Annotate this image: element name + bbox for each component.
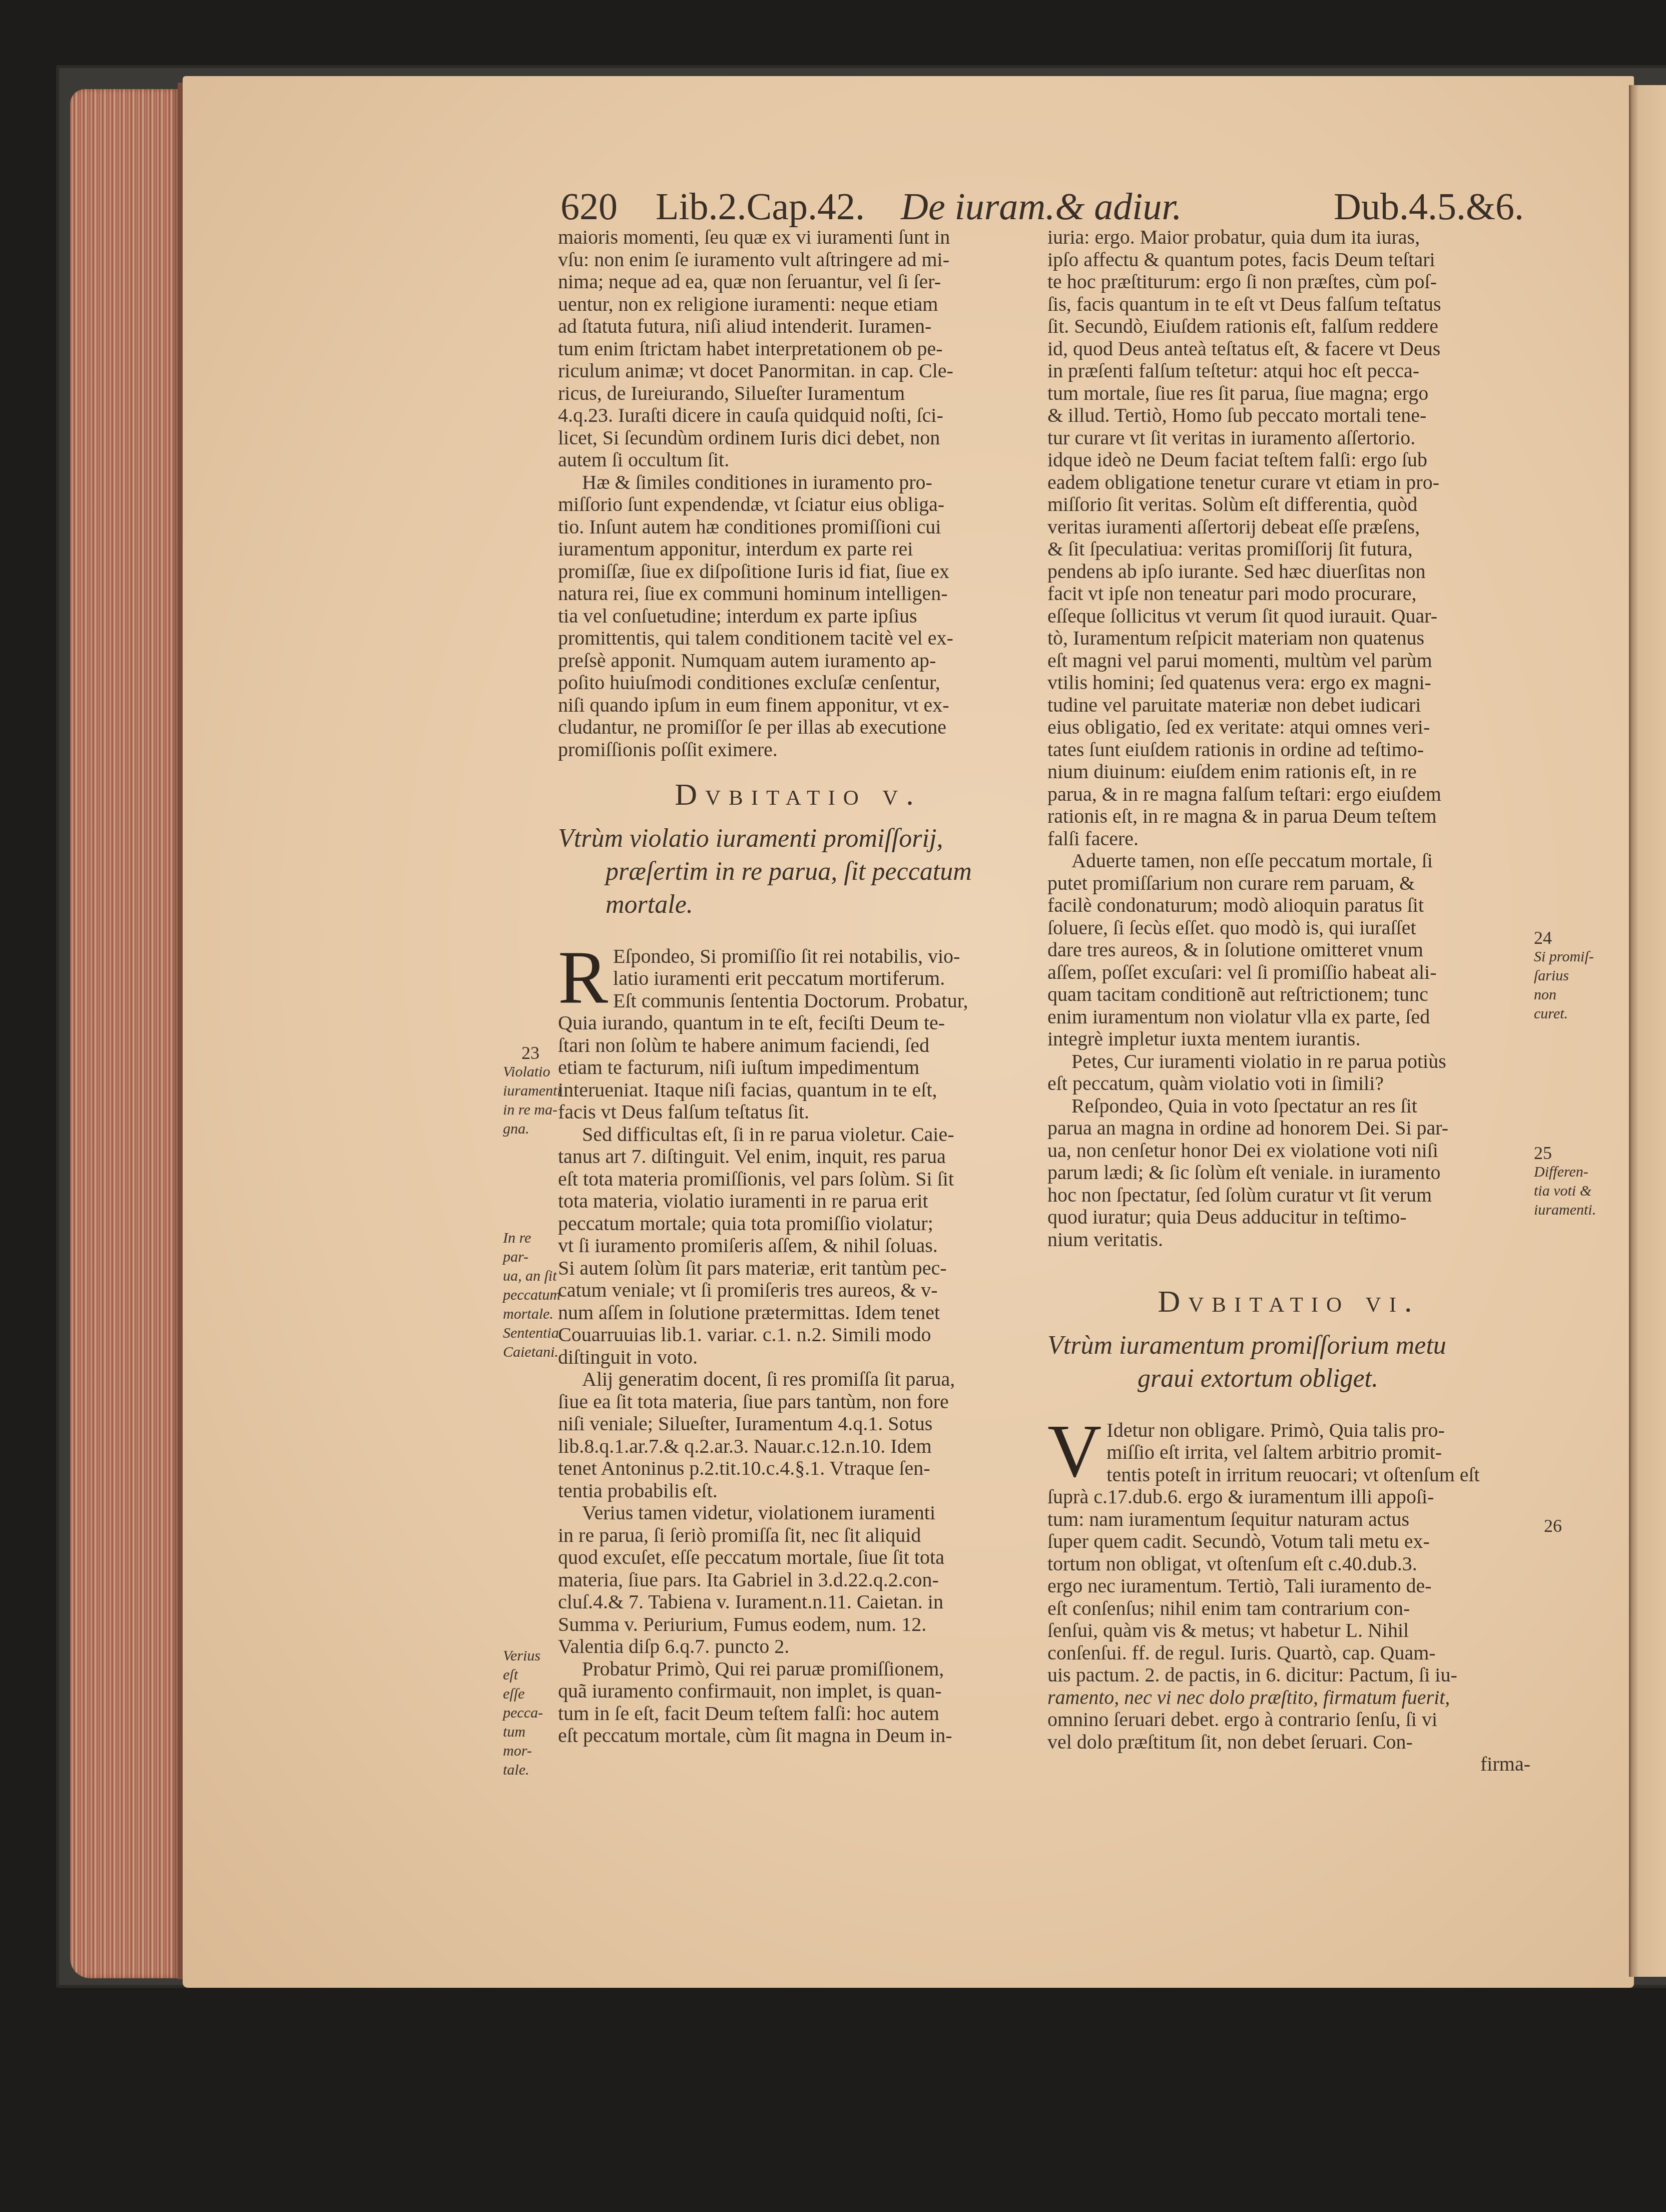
text-line: tia vel conſuetudine; interdum ex parte … bbox=[558, 605, 1038, 628]
text-line: Reſpondeo, Quia in voto ſpectatur an res… bbox=[1047, 1095, 1530, 1118]
text-line: lib.8.q.1.ar.7.& q.2.ar.3. Nauar.c.12.n.… bbox=[558, 1435, 1038, 1458]
margin-line: iuramenti bbox=[503, 1081, 558, 1100]
margin-line: ua, an ſit bbox=[503, 1267, 558, 1286]
text-line: miſſorio ſit veritas. Solùm eſt differen… bbox=[1047, 493, 1530, 516]
section-heading-dubitatio-v: Dvbitatio v. bbox=[558, 784, 1038, 806]
section-heading-dubitatio-vi: Dvbitatio vi. bbox=[1047, 1291, 1530, 1313]
paragraph-aduerte: Aduerte tamen, non eſſe peccatum mortale… bbox=[1047, 850, 1530, 1050]
text-line: Quia iurando, quantum in te eſt, feciſti… bbox=[558, 1012, 1038, 1034]
text-line: Alij generatim docent, ſi res promiſſa ſ… bbox=[558, 1368, 1038, 1391]
text-line: eſſeque ſollicitus vt verum ſit quod iur… bbox=[1047, 605, 1530, 628]
text-line: natura rei, ſiue ex communi hominum inte… bbox=[558, 583, 1038, 605]
text-line: riculum animæ; vt docet Panormitan. in c… bbox=[558, 360, 1038, 382]
text-line: veritas iuramenti aſſertorij debeat eſſe… bbox=[1047, 516, 1530, 538]
margin-line: tale. bbox=[503, 1761, 558, 1780]
book-gutter bbox=[1629, 85, 1666, 1977]
section-question-vi: Vtrùm iuramentum promiſſorium metu graui… bbox=[1047, 1329, 1530, 1395]
text-line: eſt conſenſus; nihil enim tam contrarium… bbox=[1047, 1597, 1530, 1620]
text-line: peccatum mortale; quia tota promiſſio vi… bbox=[558, 1213, 1038, 1235]
margin-line: ſarius non bbox=[1534, 966, 1594, 1004]
text-line: eſt peccatum mortale, cùm ſit magna in D… bbox=[558, 1725, 1038, 1747]
question-line: præſertim in re parua, ſit peccatum bbox=[558, 855, 1038, 888]
paragraph-alij: Alij generatim docent, ſi res promiſſa ſ… bbox=[558, 1368, 1038, 1502]
text-line: tenet Antoninus p.2.tit.10.c.4.§.1. Vtra… bbox=[558, 1457, 1038, 1480]
text-line: latio iuramenti erit peccatum mortiferum… bbox=[558, 967, 1038, 990]
text-line: Valentia diſp 6.q.7. puncto 2. bbox=[558, 1635, 1038, 1658]
text-line: ergo nec iuramentum. Tertiò, Tali iurame… bbox=[1047, 1575, 1530, 1597]
text-line: quod iuratur; quia Deus adducitur in teſ… bbox=[1047, 1206, 1530, 1229]
text-line: facis vt Deus falſum teſtatus ſit. bbox=[558, 1101, 1038, 1124]
text-line: tio. Inſunt autem hæ conditiones promiſſ… bbox=[558, 516, 1038, 538]
question-line: Vtrùm iuramentum promiſſorium metu bbox=[1047, 1329, 1530, 1362]
paragraph-respondeo: Reſpondeo, Quia in voto ſpectatur an res… bbox=[1047, 1095, 1530, 1251]
text-line: idque ideò ne Deum faciat teſtem falſi: … bbox=[1047, 449, 1530, 471]
text-line: ricus, de Iureiurando, Silueſter Iuramen… bbox=[558, 382, 1038, 405]
section-question-v: Vtrùm violatio iuramenti promiſſorij, pr… bbox=[558, 822, 1038, 921]
text-line: ipſo affectu & quantum potes, facis Deum… bbox=[1047, 249, 1530, 271]
text-line: tortum non obligat, vt oſtenſum eſt c.40… bbox=[1047, 1553, 1530, 1575]
text-line: ad ſtatuta futura, niſi aliud intenderit… bbox=[558, 315, 1038, 338]
text-line: Probatur Primò, Qui rei paruæ promiſſion… bbox=[558, 1658, 1038, 1681]
drop-cap: V bbox=[1047, 1421, 1101, 1481]
margin-note-23: 23 Violatio iuramenti in re ma- gna. bbox=[503, 1043, 558, 1139]
margin-line: eſſe pecca- bbox=[503, 1685, 558, 1723]
margin-line: in re ma- bbox=[503, 1100, 558, 1120]
text-line: diſtinguit in voto. bbox=[558, 1346, 1038, 1369]
text-line: uentur, non ex religione iuramenti: nequ… bbox=[558, 293, 1038, 316]
text-line: vt ſi iuramento promiſeris aſſem, & nihi… bbox=[558, 1235, 1038, 1257]
text-line: nima; neque ad ea, quæ non ſeruantur, ve… bbox=[558, 271, 1038, 293]
text-line: nium veritatis. bbox=[1047, 1229, 1530, 1251]
text-line: interueniat. Itaque niſi facias, quantum… bbox=[558, 1079, 1038, 1101]
text-line: materia, ſiue pars. Ita Gabriel in 3.d.2… bbox=[558, 1569, 1038, 1591]
text-line: nium diuinum: eiuſdem enim rationis eſt,… bbox=[1047, 761, 1530, 783]
text-line: cludantur, ne promiſſor ſe per illas ab … bbox=[558, 716, 1038, 739]
text-line: enim iuramentum non violatur vlla ex par… bbox=[1047, 1006, 1530, 1028]
text-line: quam tacitam conditionẽ aut reſtrictione… bbox=[1047, 983, 1530, 1006]
text-line: ſtari non ſolùm te habere animum faciend… bbox=[558, 1034, 1038, 1057]
paragraph-sed: Sed difficultas eſt, ſi in re parua viol… bbox=[558, 1124, 1038, 1369]
text-line: vel dolo præſtitum ſit, non debet ſeruar… bbox=[1047, 1731, 1530, 1754]
text-line: Eſpondeo, Si promiſſio ſit rei notabilis… bbox=[558, 945, 1038, 968]
text-line: Petes, Cur iuramenti violatio in re paru… bbox=[1047, 1050, 1530, 1073]
text-line: conſenſui. ff. de regul. Iuris. Quartò, … bbox=[1047, 1642, 1530, 1665]
running-title: De iuram.& adiur. bbox=[901, 185, 1182, 229]
margin-line: Sententia bbox=[503, 1324, 558, 1343]
margin-line: peccatum bbox=[503, 1286, 558, 1305]
text-line: ſoluere, ſi ſecùs eſſet. quo modò is, qu… bbox=[1047, 917, 1530, 939]
text-line: tum enim ſtrictam habet interpretationem… bbox=[558, 338, 1038, 360]
text-line: eadem obligatione tenetur curare vt etia… bbox=[1047, 471, 1530, 494]
question-line: graui extortum obliget. bbox=[1047, 1362, 1530, 1395]
text-line: Couarruuias lib.1. variar. c.1. n.2. Sim… bbox=[558, 1324, 1038, 1346]
text-line: preſsè apponit. Numquam autem iuramento … bbox=[558, 650, 1038, 672]
margin-note-caietani: In re par- ua, an ſit peccatum mortale. … bbox=[503, 1229, 558, 1362]
text-line: catum veniale; vt ſi promiſeris tres aur… bbox=[558, 1279, 1038, 1302]
text-line: te hoc præſtiturum: ergo ſi non præſtes,… bbox=[1047, 271, 1530, 293]
text-line: tum: nam iuramentum ſequitur naturam act… bbox=[1047, 1508, 1530, 1531]
drop-cap: R bbox=[558, 947, 608, 1007]
margin-line: In re par- bbox=[503, 1229, 558, 1267]
text-line: tum in ſe eſt, facit Deum teſtem falſi: … bbox=[558, 1703, 1038, 1725]
text-line: iuramentum apponitur, interdum ex parte … bbox=[558, 538, 1038, 561]
margin-line: mortale. bbox=[503, 1305, 558, 1324]
text-line: putet promiſſarium non curare rem paruam… bbox=[1047, 872, 1530, 895]
text-line: Idetur non obligare. Primò, Quia talis p… bbox=[1047, 1419, 1530, 1442]
margin-line: curet. bbox=[1534, 1004, 1594, 1023]
text-line: Eſt communis ſententia Doctorum. Probatu… bbox=[558, 990, 1038, 1012]
text-line: parum lædi; & ſic ſolùm eſt veniale. in … bbox=[1047, 1162, 1530, 1184]
text-line: tum mortale, ſiue res ſit parua, ſiue ma… bbox=[1047, 382, 1530, 405]
text-line: ua, non cenſetur honor Dei ex violatione… bbox=[1047, 1140, 1530, 1162]
catchword: firma- bbox=[1047, 1753, 1530, 1776]
margin-line: Violatio bbox=[503, 1062, 558, 1081]
dubitationes-ref: Dub.4.5.&6. bbox=[1334, 185, 1524, 229]
text-line: tentia probabilis eſt. bbox=[558, 1480, 1038, 1502]
text-line: tentis poteſt in irritum reuocari; vt oſ… bbox=[1047, 1464, 1530, 1486]
text-line: Hæ & ſimiles conditiones in iuramento pr… bbox=[558, 471, 1038, 494]
text-line: pendens ab ipſo iurante. Sed hæc diuerſi… bbox=[1047, 561, 1530, 583]
text-line: vſu: non enim ſe iuramento vult aſtringe… bbox=[558, 249, 1038, 271]
text-line: ſuprà c.17.dub.6. ergo & iuramentum illi… bbox=[1047, 1486, 1530, 1508]
text-line: in re parua, ſi ſeriò promiſſa ſit, nec … bbox=[558, 1524, 1038, 1547]
text-line: in præſenti falſum teſtetur: atqui hoc e… bbox=[1047, 360, 1530, 382]
text-line: miſſio eſt irrita, vel ſaltem arbitrio p… bbox=[1047, 1441, 1530, 1464]
text-line: parua an magna in ordine ad honorem Dei.… bbox=[1047, 1117, 1530, 1140]
margin-note-verius: Verius eſt eſſe pecca- tum mor- tale. bbox=[503, 1646, 558, 1780]
text-line: promiſſionis poſſit eximere. bbox=[558, 739, 1038, 761]
paragraph-verius: Verius tamen videtur, violationem iurame… bbox=[558, 1502, 1038, 1658]
text-line: maioris momenti, ſeu quæ ex vi iuramenti… bbox=[558, 226, 1038, 249]
text-line: etiam te facturum, niſi iuſtum impedimen… bbox=[558, 1056, 1038, 1079]
margin-line: Verius eſt bbox=[503, 1646, 558, 1685]
text-line: 4.q.23. Iuraſti dicere in cauſa quidquid… bbox=[558, 404, 1038, 427]
text-line: autem ſi occultum ſit. bbox=[558, 449, 1038, 471]
paragraph-petes: Petes, Cur iuramenti violatio in re paru… bbox=[1047, 1050, 1530, 1095]
text-line: uis pactum. 2. de pactis, in 6. dicitur:… bbox=[1047, 1664, 1530, 1687]
text-line: promiſſæ, ſiue ex diſpoſitione Iuris id … bbox=[558, 561, 1038, 583]
text-line: quod excuſet, eſſe peccatum mortale, ſiu… bbox=[558, 1546, 1038, 1569]
text-line: ſuper quem cadit. Secundò, Votum tali me… bbox=[1047, 1530, 1530, 1553]
text-line: & ſit ſpeculatiua: veritas promiſſorij ſ… bbox=[1047, 538, 1530, 561]
text-line: poſito huiuſmodi conditiones excluſæ cen… bbox=[558, 672, 1038, 694]
text-line: hoc non ſpectatur, ſed ſolùm curatur vt … bbox=[1047, 1184, 1530, 1207]
text-line: Si autem ſolùm ſit pars materiæ, erit ta… bbox=[558, 1257, 1038, 1280]
text-line: tota materia, violatio iuramenti in re p… bbox=[558, 1190, 1038, 1213]
text-line: niſi veniale; Silueſter, Iuramentum 4.q.… bbox=[558, 1413, 1038, 1435]
text-line: integrè impletur iuxta mentem iurantis. bbox=[1047, 1028, 1530, 1050]
page-number: 620 bbox=[561, 185, 618, 229]
margin-line: iuramenti. bbox=[1534, 1201, 1594, 1220]
question-line: Vtrùm violatio iuramenti promiſſorij, bbox=[558, 822, 1038, 855]
text-line: tò, Iuramentum reſpicit materiam non qua… bbox=[1047, 627, 1530, 650]
text-line: licet, Si ſecundùm ordinem Iuris dici de… bbox=[558, 427, 1038, 449]
text-line: id, quod Deus anteà teſtatus eſt, & face… bbox=[1047, 338, 1530, 360]
margin-number: 26 bbox=[1544, 1516, 1584, 1535]
text-line: eius obligatio, ſed ex veritate: atqui o… bbox=[1047, 716, 1530, 739]
text-line: tudine vel paruitate materiæ non debet i… bbox=[1047, 694, 1530, 717]
margin-line: Si promiſ- bbox=[1534, 947, 1594, 966]
paragraph-hae: Hæ & ſimiles conditiones in iuramento pr… bbox=[558, 471, 1038, 761]
text-line: dare tres aureos, & in ſolutione omitter… bbox=[1047, 939, 1530, 961]
text-line: iuria: ergo. Maior probatur, quia dum it… bbox=[1047, 226, 1530, 249]
margin-note-25: 25 Differen- tia voti & iuramenti. bbox=[1534, 1144, 1594, 1220]
text-line: ſit. Secundò, Eiuſdem rationis eſt, falſ… bbox=[1047, 315, 1530, 338]
margin-number: 25 bbox=[1534, 1144, 1594, 1163]
text-line: ſenſui, quàm vis & metus; vt habetur L. … bbox=[1047, 1619, 1530, 1642]
right-column: iuria: ergo. Maior probatur, quia dum it… bbox=[1047, 226, 1530, 1776]
text-line: omnino ſeruari debet. ergo à contrario ſ… bbox=[1047, 1709, 1530, 1731]
left-column: maioris momenti, ſeu quæ ex vi iuramenti… bbox=[558, 226, 1038, 1747]
text-line: vtilis homini; ſed quatenus vera: ergo e… bbox=[1047, 672, 1530, 694]
paragraph-videtur: V Idetur non obligare. Primò, Quia talis… bbox=[1047, 1419, 1530, 1776]
text-line: facilè condonaturum; modò alioquin parat… bbox=[1047, 894, 1530, 917]
text-line: rationis eſt, in re magna & in parua Deu… bbox=[1047, 805, 1530, 828]
margin-number: 24 bbox=[1534, 928, 1594, 947]
text-line: tur curare vt ſit veritas in iuramento a… bbox=[1047, 427, 1530, 449]
text-line: eſt peccatum, quàm violatio voti in ſimi… bbox=[1047, 1072, 1530, 1095]
question-line: mortale. bbox=[558, 888, 1038, 921]
text-line: & illud. Tertiò, Homo ſub peccato mortal… bbox=[1047, 404, 1530, 427]
text-line: aſſem, poſſet excuſari: vel ſi promiſſio… bbox=[1047, 961, 1530, 984]
text-line: ramento, nec vi nec dolo præſtito, firma… bbox=[1047, 1687, 1530, 1709]
text-line: Sed difficultas eſt, ſi in re parua viol… bbox=[558, 1124, 1038, 1146]
text-line: Summa v. Periurium, Fumus eodem, num. 12… bbox=[558, 1613, 1038, 1636]
paragraph-probatur: Probatur Primò, Qui rei paruæ promiſſion… bbox=[558, 1658, 1038, 1747]
margin-line: gna. bbox=[503, 1120, 558, 1139]
intro-paragraph: maioris momenti, ſeu quæ ex vi iuramenti… bbox=[558, 226, 1038, 471]
text-line: falſi facere. bbox=[1047, 828, 1530, 850]
page-fore-edge bbox=[70, 89, 178, 1978]
text-line: num aſſem in ſolutione prætermittas. Ide… bbox=[558, 1302, 1038, 1324]
text-line: quã iuramento confirmauit, non implet, i… bbox=[558, 1680, 1038, 1703]
book-chapter: Lib.2.Cap.42. bbox=[656, 185, 865, 229]
margin-number: 23 bbox=[503, 1043, 558, 1062]
intro-paragraph: iuria: ergo. Maior probatur, quia dum it… bbox=[1047, 226, 1530, 850]
margin-line: tum mor- bbox=[503, 1723, 558, 1761]
margin-line: Caietani. bbox=[503, 1343, 558, 1362]
margin-note-26: 26 bbox=[1544, 1516, 1584, 1535]
text-line: parua, & in re magna falſum teſtari: erg… bbox=[1047, 783, 1530, 806]
text-line: ſis, facis quantum in te eſt vt Deus fal… bbox=[1047, 293, 1530, 316]
text-line: facit vt ipſe non teneatur pari modo pro… bbox=[1047, 583, 1530, 605]
text-line: tates ſunt eiuſdem rationis in ordine ad… bbox=[1047, 739, 1530, 761]
text-line: miſſorio ſunt expendendæ, vt ſciatur eiu… bbox=[558, 493, 1038, 516]
text-line: Verius tamen videtur, violationem iurame… bbox=[558, 1502, 1038, 1524]
margin-line: Differen- bbox=[1534, 1163, 1594, 1182]
margin-line: tia voti & bbox=[1534, 1182, 1594, 1201]
text-line: ſiue ea ſit tota materia, ſiue pars tant… bbox=[558, 1391, 1038, 1413]
margin-note-24: 24 Si promiſ- ſarius non curet. bbox=[1534, 928, 1594, 1023]
text-line: niſi quando ipſum in eum finem apponitur… bbox=[558, 694, 1038, 717]
text-line: eſt magni vel parui momenti, multùm vel … bbox=[1047, 650, 1530, 672]
text-line: tanus art 7. diſtinguit. Vel enim, inqui… bbox=[558, 1146, 1038, 1168]
paragraph-respondeo: R Eſpondeo, Si promiſſio ſit rei notabil… bbox=[558, 945, 1038, 1124]
text-line: eſt tota materia promiſſionis, vel pars … bbox=[558, 1168, 1038, 1191]
text-line: cluſ.4.& 7. Tabiena v. Iurament.n.11. Ca… bbox=[558, 1591, 1038, 1613]
text-line: Aduerte tamen, non eſſe peccatum mortale… bbox=[1047, 850, 1530, 872]
text-line: promittentis, qui talem conditionem taci… bbox=[558, 627, 1038, 650]
